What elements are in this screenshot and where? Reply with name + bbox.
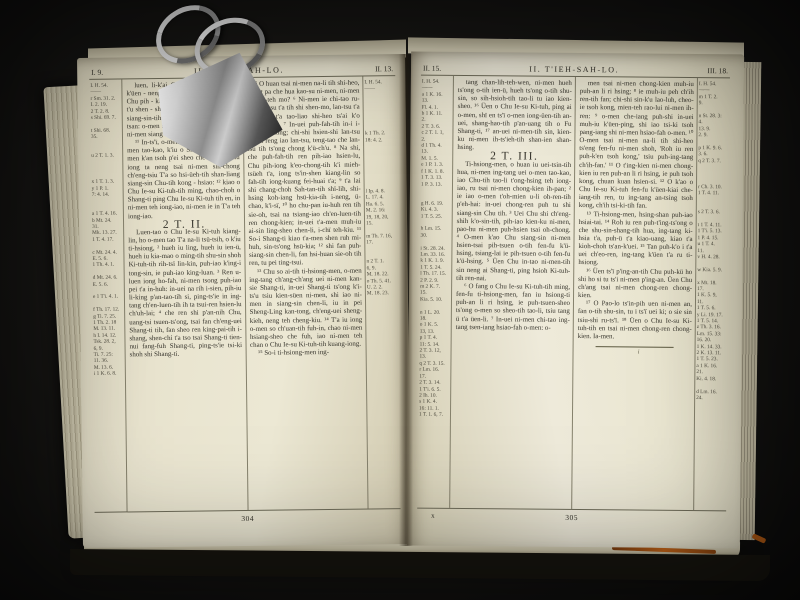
right-margin-references-inner: I. H. 54. —— a 1 K. 16. 13. Fl. 4. 1. b … [417, 76, 453, 508]
right-page: II. 15. II. T'IEH-SAH-LO. III. 18. I. H.… [407, 52, 744, 549]
right-head-title: II. T'IEH-SAH-LO. [529, 65, 619, 75]
verse-paragraph: ¹³ Ti-hsiong-men, hsing-shan puh-iao hsi… [578, 211, 692, 269]
right-page-column-1: tang chan-lih-teh-wen, ni-men hueh ts'on… [449, 76, 575, 509]
left-page-number: 304 [241, 514, 254, 523]
book-cover-bottom [70, 549, 770, 581]
right-head-verse-ref: II. 15. [423, 64, 441, 73]
binder-clip-icon [123, 0, 290, 203]
right-page-column-2: men tsai ni-men chong-kien muh-iu puh-an… [571, 77, 697, 510]
verse-paragraph: ⁶ O fang o Chu Ie-su Ki-tuh-tih ming, fe… [456, 283, 570, 333]
right-page-footer: x 305 [417, 509, 726, 524]
verse-paragraph: tang chan-lih-teh-wen, ni-men hueh ts'on… [457, 79, 572, 153]
verse-paragraph: ¹⁵ So-i ti-hsiong-men ing- [250, 349, 363, 359]
right-page-number: 305 [565, 513, 578, 522]
right-margin-references-outer: I. H. 54. —— m 1 T. 2. 9. n St. 28. 3: 4… [693, 78, 730, 510]
verse-paragraph: ¹⁷ O Pao-lo ts'in-pih uen ni-men an, fan… [578, 300, 692, 342]
photo-of-open-book: I. 9. II. T'IEH-SAH-LO. II. 13. I. H. 54… [0, 0, 800, 600]
right-head-verse-ref-right: III. 18. [707, 66, 728, 75]
left-margin-references-outer: I. H. 54. —— r Sm. 31. 2. I. 2. 19. 2 T.… [89, 79, 126, 511]
verse-paragraph: men tsai ni-men chong-kien muh-iu puh-an… [579, 80, 694, 211]
verse-paragraph: Ti-hsiong-men, o huan iu uei-tsin-tih hu… [456, 161, 571, 284]
left-margin-references-inner: I. H. 54. —— k 1 Th. 2. 18: 4. 2. l Ip. … [362, 76, 400, 508]
left-head-verse-ref: I. 9. [91, 68, 103, 77]
left-head-verse-ref-right: II. 13. [375, 64, 393, 73]
verse-paragraph: ¹⁶ Üen ts'ï p'ing-an-tih Chu puh-kü ho s… [578, 268, 692, 302]
binder-clip-body [150, 47, 288, 177]
right-page-text-block: I. H. 54. —— a 1 K. 16. 13. Fl. 4. 1. b … [417, 76, 730, 512]
footline-mark: i [578, 348, 692, 357]
verse-paragraph: Luen-tao o Chu Ie-su Ki-tuh kiang-lin, h… [128, 228, 242, 360]
left-page-footer: 304 [95, 509, 401, 525]
verse-paragraph: ¹³ Chu so ai-tih ti-hsiong-men, o-men in… [249, 267, 362, 350]
book-gutter-shadow [399, 54, 413, 546]
signature-mark: x [431, 512, 435, 520]
book-cover-orange-corner [752, 533, 767, 543]
